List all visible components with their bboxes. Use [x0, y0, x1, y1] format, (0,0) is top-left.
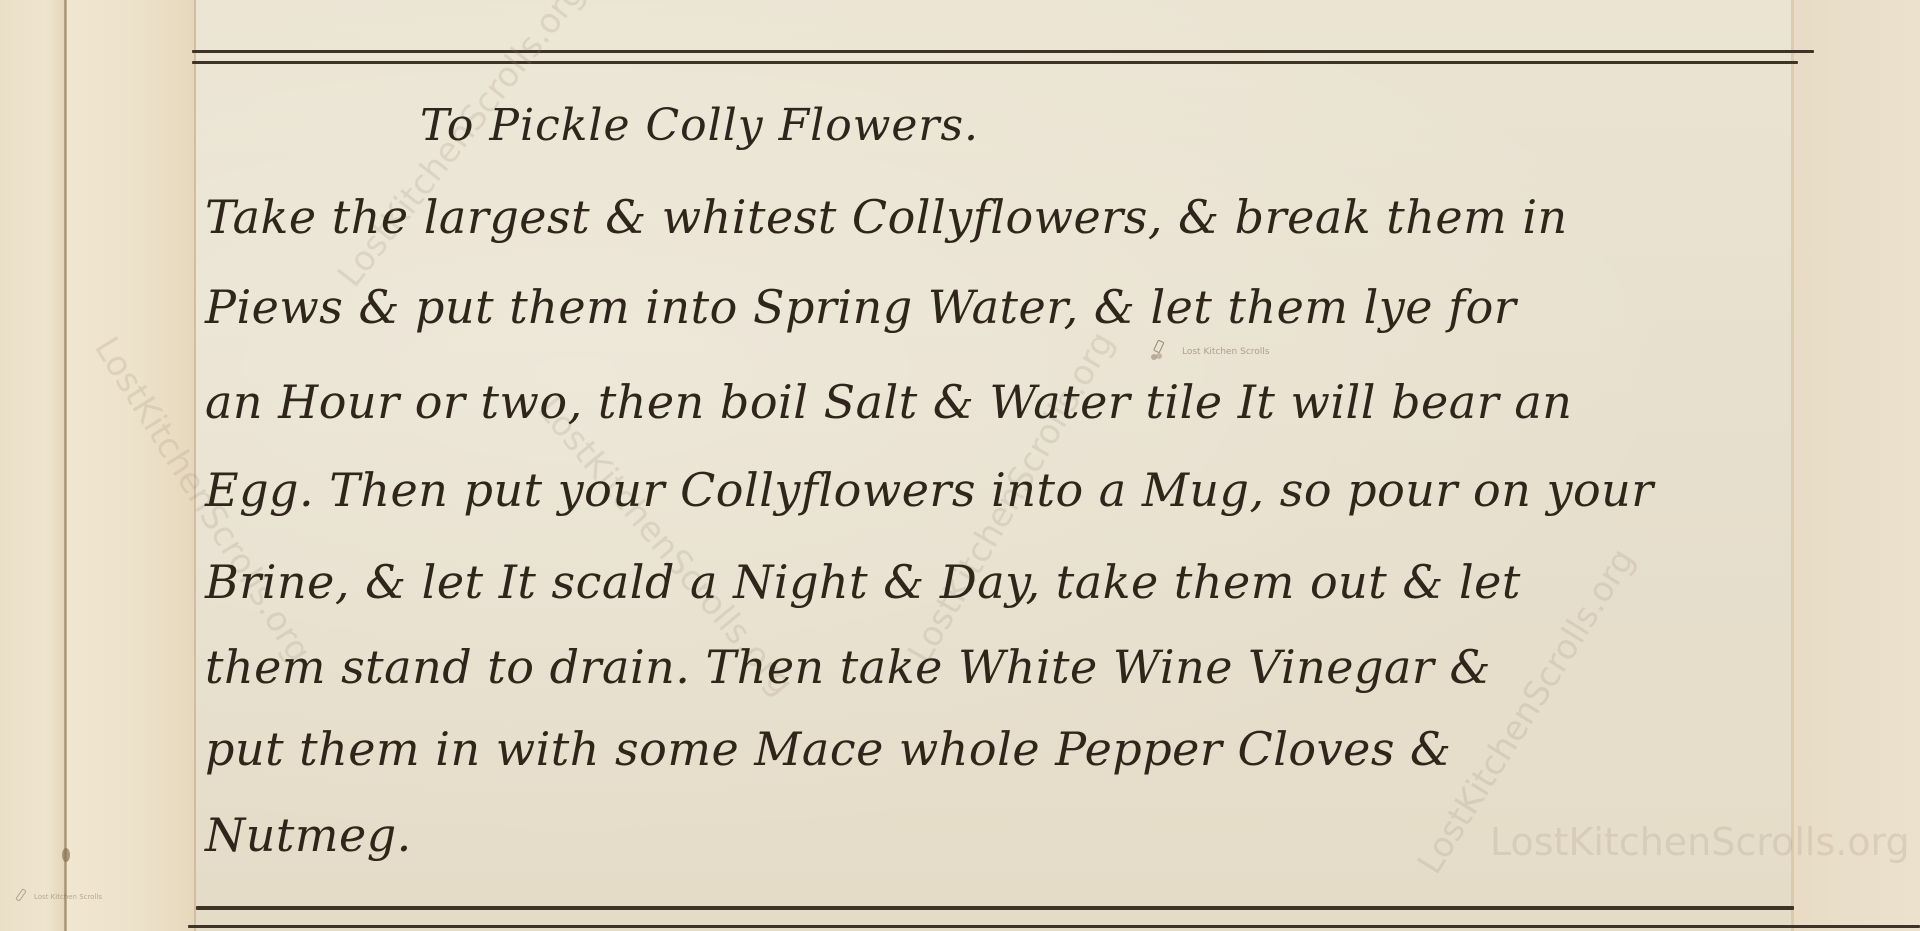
text-line-6: them stand to drain. Then take White Win… [205, 640, 1491, 694]
text-line-1: Take the largest & whitest Collyflowers,… [205, 190, 1568, 244]
text-line-3: an Hour or two, then boil Salt & Water t… [205, 375, 1572, 429]
text-line-2: Piews & put them into Spring Water, & le… [205, 280, 1516, 334]
text-line-4: Egg. Then put your Collyflowers into a M… [205, 463, 1654, 517]
stamp-label: Lost Kitchen Scrolls [1182, 347, 1270, 357]
paper-blemish [62, 848, 70, 862]
text-line-8: Nutmeg. [205, 808, 412, 862]
text-line-5: Brine, & let It scald a Night & Day, tak… [205, 555, 1521, 609]
right-margin [1794, 0, 1920, 931]
left-adjacent-page [0, 0, 66, 931]
bottom-rule-1 [196, 906, 1794, 910]
top-rule-2 [192, 61, 1798, 64]
text-line-7: put them in with some Mace whole Pepper … [205, 722, 1452, 776]
scroll-stamp-icon [1150, 340, 1164, 362]
stamp-label: Lost Kitchen Scrolls [34, 893, 102, 901]
scroll-stamp-icon [14, 888, 26, 906]
top-rule-1 [192, 50, 1814, 53]
watermark: LostKitchenScrolls.org [1490, 820, 1910, 864]
recipe-title: To Pickle Colly Flowers. [420, 100, 979, 151]
bottom-rule-2 [188, 925, 1920, 928]
